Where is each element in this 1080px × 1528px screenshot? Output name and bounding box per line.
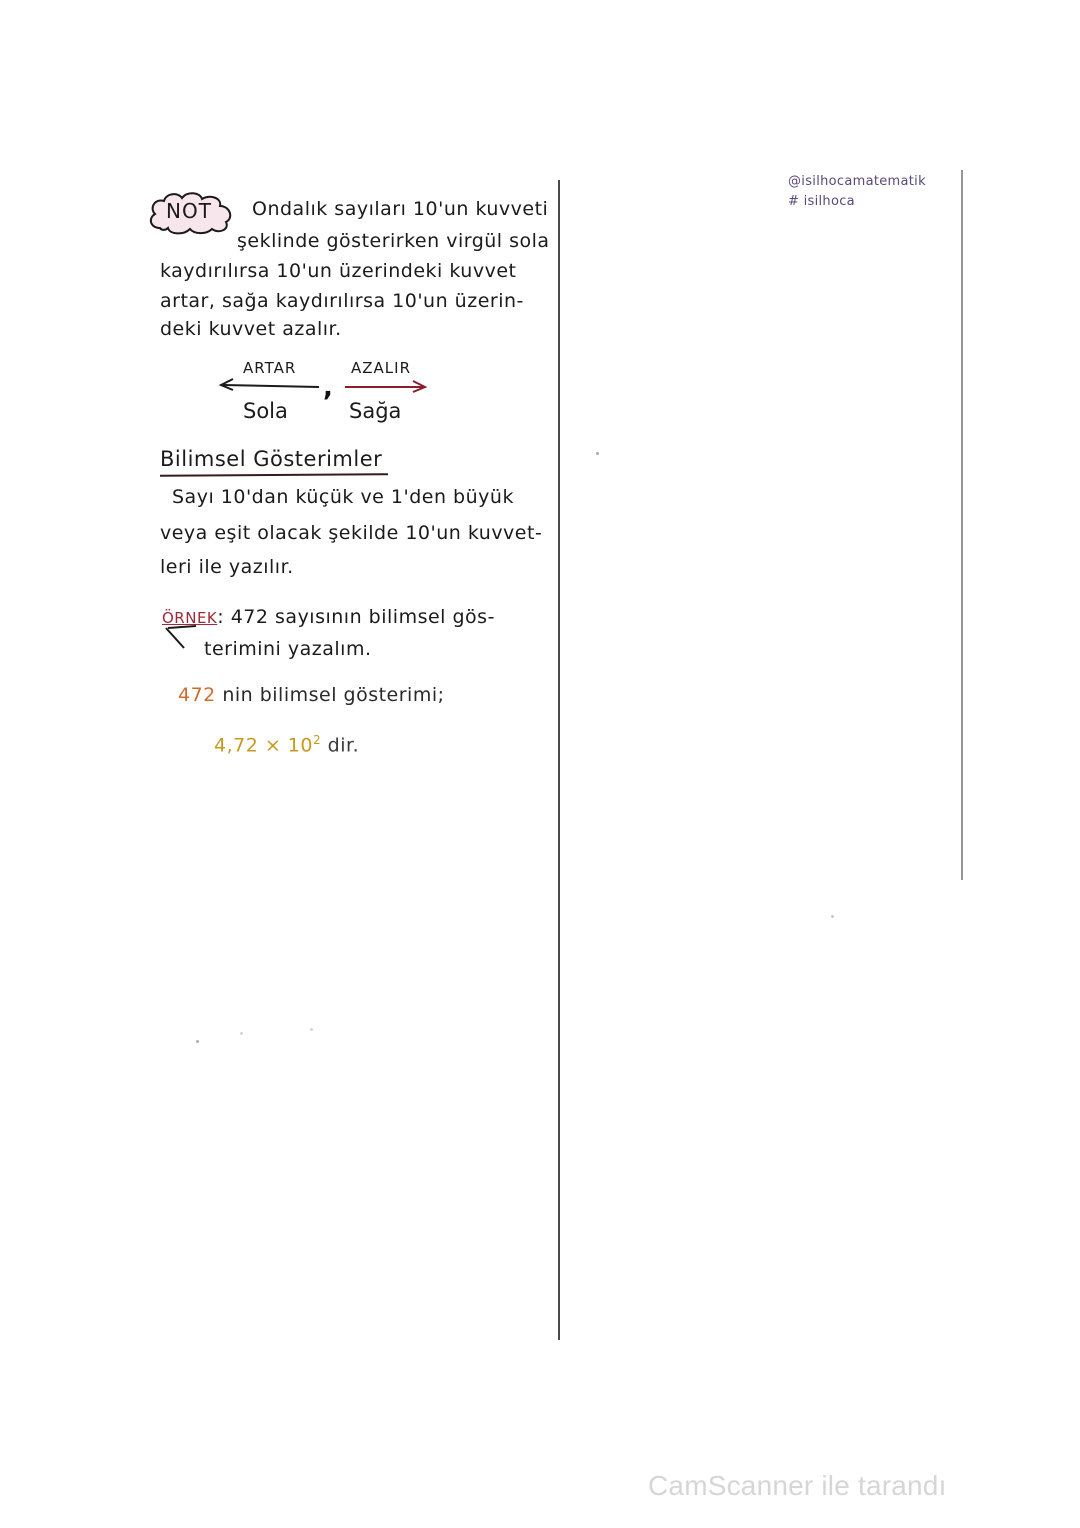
section-heading: Bilimsel Gösterimler — [160, 447, 382, 471]
author-social-tag: @isilhocamatematik # isilhoca — [788, 172, 926, 212]
scientific-notation-result: 4,72 × 102 dir. — [214, 733, 359, 756]
note-line-2: şeklinde gösterirken virgül sola — [237, 230, 550, 252]
definition-line-1: Sayı 10'dan küçük ve 1'den büyük — [172, 486, 514, 508]
example-answer-line: 472 nin bilimsel gösterimi; — [178, 684, 445, 706]
left-direction-label: Sola — [243, 399, 288, 423]
note-cloud-badge: NOT — [146, 190, 236, 234]
example-prompt-line-2: terimini yazalım. — [204, 638, 372, 660]
scanner-watermark: CamScanner ile tarandı — [648, 1470, 947, 1502]
scan-speck — [831, 915, 834, 918]
comma-shift-diagram: ARTAR AZALIR , Sola Sağa — [215, 355, 435, 435]
scan-speck — [196, 1040, 199, 1043]
note-line-5: deki kuvvet azalır. — [160, 318, 342, 340]
result-mantissa: 4,72 × 10 — [214, 734, 313, 756]
answer-text: nin bilimsel gösterimi; — [222, 684, 444, 706]
heading-underline — [160, 473, 388, 477]
scanned-notebook-page: NOT Ondalık sayıları 10'un kuvveti şekli… — [0, 0, 1080, 1528]
scan-speck — [596, 452, 599, 455]
right-direction-label: Sağa — [349, 399, 401, 423]
author-hashtag: # isilhoca — [788, 192, 926, 212]
author-handle: @isilhocamatematik — [788, 172, 926, 192]
left-column-rule — [558, 180, 560, 1340]
note-line-1: Ondalık sayıları 10'un kuvveti — [252, 198, 548, 220]
note-label: NOT — [166, 199, 212, 223]
right-column-rule — [961, 170, 963, 880]
example-colon: : — [217, 606, 224, 628]
definition-line-3: leri ile yazılır. — [160, 556, 294, 578]
example-prompt-text: 472 sayısının bilimsel gös- — [231, 606, 495, 628]
result-exponent: 2 — [313, 733, 321, 747]
scan-speck — [310, 1028, 313, 1031]
example-prompt-line-1: ÖRNEK: 472 sayısının bilimsel gös- — [162, 606, 495, 628]
note-line-4: artar, sağa kaydırılırsa 10'un üzerin- — [160, 290, 524, 312]
result-suffix: dir. — [328, 734, 359, 756]
example-pointer-icon — [162, 622, 202, 654]
definition-line-2: veya eşit olacak şekilde 10'un kuvvet- — [160, 522, 542, 544]
note-line-3: kaydırılırsa 10'un üzerindeki kuvvet — [160, 260, 516, 282]
scan-speck — [240, 1032, 243, 1035]
answer-number: 472 — [178, 684, 216, 706]
decimal-comma: , — [323, 373, 333, 403]
